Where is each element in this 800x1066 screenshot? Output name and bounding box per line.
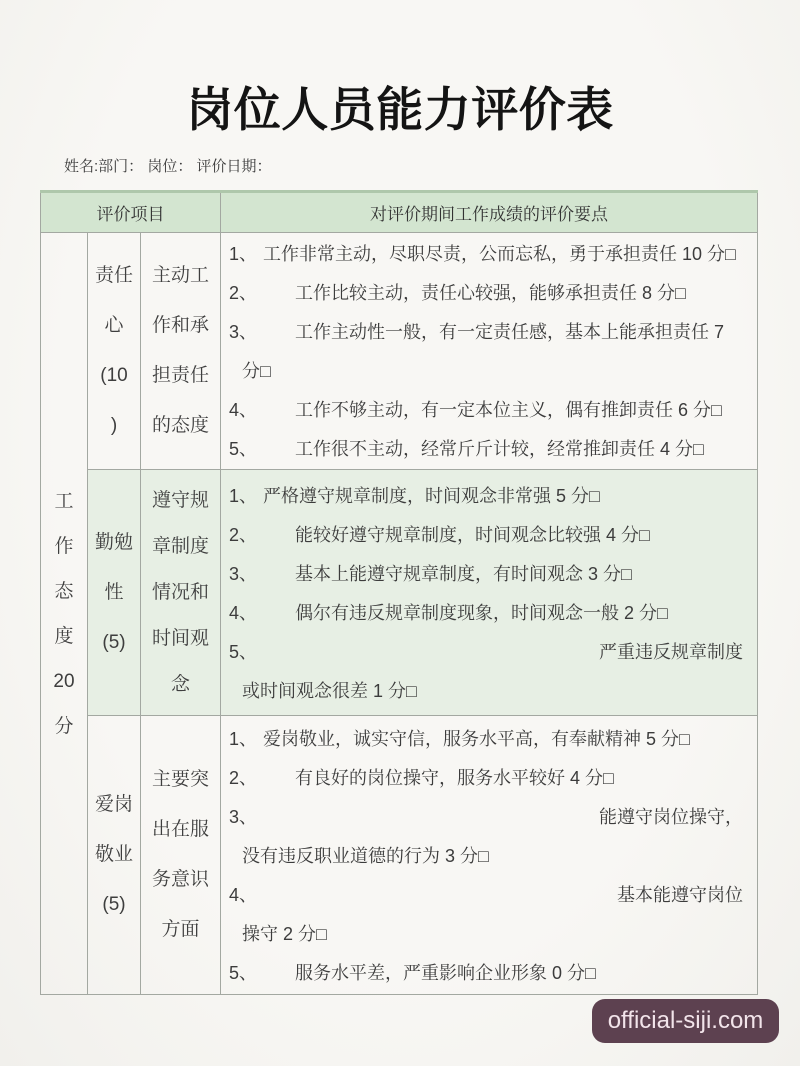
document-page: 岗位人员能力评价表 姓名:部门： 岗位： 评价日期： 评价项目 对评价期间工作成… bbox=[0, 0, 800, 1066]
item-name-label: 责任 心 (10 ) bbox=[88, 251, 140, 451]
criteria-text: 严格遵守规章制度，时间观念非常强 5 分□ bbox=[263, 477, 600, 516]
criteria-number: 3、 bbox=[229, 555, 295, 594]
criteria-line: 操守 2 分□ bbox=[229, 915, 757, 954]
table-header-row: 评价项目 对评价期间工作成绩的评价要点 bbox=[41, 192, 758, 233]
category-char: 作 bbox=[41, 524, 87, 569]
table-row-diligence: 勤勉 性 (5) 遵守规 章制度 情况和 时间观 念 1、严格遵守规章制度，时间… bbox=[41, 470, 758, 716]
criteria-line: 分□ bbox=[229, 352, 757, 391]
criteria-text: 严重违反规章制度 bbox=[599, 633, 743, 672]
criteria-line: 2、有良好的岗位操守，服务水平较好 4 分□ bbox=[229, 759, 757, 798]
criteria-cell-responsibility: 1、工作非常主动，尽职尽责，公而忘私，勇于承担责任 10 分□ 2、工作比较主动… bbox=[221, 233, 758, 470]
criteria-number: 2、 bbox=[229, 516, 295, 555]
criteria-line: 1、工作非常主动，尽职尽责，公而忘私，勇于承担责任 10 分□ bbox=[229, 235, 757, 274]
item-desc-line: 主要突 bbox=[141, 755, 220, 805]
criteria-text: 服务水平差，严重影响企业形象 0 分□ bbox=[295, 954, 596, 993]
criteria-text: 工作非常主动，尽职尽责，公而忘私，勇于承担责任 10 分□ bbox=[263, 235, 736, 274]
criteria-number: 1、 bbox=[229, 235, 263, 274]
criteria-line: 5、工作很不主动，经常斤斤计较，经常推卸责任 4 分□ bbox=[229, 430, 757, 469]
category-char: 20 bbox=[41, 659, 87, 704]
item-desc-label: 遵守规 章制度 情况和 时间观 念 bbox=[141, 478, 220, 708]
criteria-number: 5、 bbox=[229, 430, 295, 469]
criteria-text: 有良好的岗位操守，服务水平较好 4 分□ bbox=[295, 759, 614, 798]
criteria-text: 基本上能遵守规章制度，有时间观念 3 分□ bbox=[295, 555, 632, 594]
item-name-line: 爱岗 bbox=[88, 780, 140, 830]
item-name-label: 勤勉 性 (5) bbox=[88, 518, 140, 668]
criteria-text: 工作很不主动，经常斤斤计较，经常推卸责任 4 分□ bbox=[295, 430, 704, 469]
item-desc-line: 时间观 bbox=[141, 616, 220, 662]
criteria-line: 5、严重违反规章制度 bbox=[229, 633, 757, 672]
item-desc-line: 遵守规 bbox=[141, 478, 220, 524]
criteria-line: 1、爱岗敬业，诚实守信，服务水平高，有奉献精神 5 分□ bbox=[229, 720, 757, 759]
item-desc-cell-responsibility: 主动工 作和承 担责任 的态度 bbox=[141, 233, 221, 470]
criteria-number: 4、 bbox=[229, 876, 257, 915]
item-name-line: 勤勉 bbox=[88, 518, 140, 568]
item-name-line: ) bbox=[88, 401, 140, 451]
criteria-cell-dedication: 1、爱岗敬业，诚实守信，服务水平高，有奉献精神 5 分□ 2、有良好的岗位操守，… bbox=[221, 716, 758, 995]
category-cell-work-attitude: 工 作 态 度 20 分 bbox=[41, 233, 88, 995]
evaluation-table: 评价项目 对评价期间工作成绩的评价要点 工 作 态 度 20 分 责任 心 (1 bbox=[40, 190, 758, 995]
criteria-line: 3、能遵守岗位操守， bbox=[229, 798, 757, 837]
item-name-cell-diligence: 勤勉 性 (5) bbox=[88, 470, 141, 716]
criteria-text: 工作主动性一般，有一定责任感，基本上能承担责任 7 bbox=[295, 313, 724, 352]
category-char: 分 bbox=[41, 704, 87, 749]
criteria-number: 2、 bbox=[229, 759, 295, 798]
info-line: 姓名:部门： 岗位： 评价日期： bbox=[64, 157, 272, 177]
item-name-line: (10 bbox=[88, 351, 140, 401]
category-char: 态 bbox=[41, 569, 87, 614]
criteria-text: 工作不够主动，有一定本位主义，偶有推卸责任 6 分□ bbox=[295, 391, 722, 430]
criteria-number: 1、 bbox=[229, 720, 263, 759]
criteria-number: 4、 bbox=[229, 594, 295, 633]
criteria-text: 能遵守岗位操守， bbox=[599, 798, 743, 837]
category-label: 工 作 态 度 20 分 bbox=[41, 479, 87, 749]
criteria-number: 1、 bbox=[229, 477, 263, 516]
item-desc-line: 念 bbox=[141, 662, 220, 708]
item-name-line: (5) bbox=[88, 880, 140, 930]
header-cell-criteria: 对评价期间工作成绩的评价要点 bbox=[221, 192, 758, 233]
criteria-number: 2、 bbox=[229, 274, 295, 313]
item-name-label: 爱岗 敬业 (5) bbox=[88, 780, 140, 930]
header-cell-projects: 评价项目 bbox=[41, 192, 221, 233]
table-row-responsibility: 工 作 态 度 20 分 责任 心 (10 ) 主动工 bbox=[41, 233, 758, 470]
category-char: 工 bbox=[41, 479, 87, 524]
criteria-cell-diligence: 1、严格遵守规章制度，时间观念非常强 5 分□ 2、能较好遵守规章制度，时间观念… bbox=[221, 470, 758, 716]
criteria-line: 2、能较好遵守规章制度，时间观念比较强 4 分□ bbox=[229, 516, 757, 555]
criteria-line: 1、严格遵守规章制度，时间观念非常强 5 分□ bbox=[229, 477, 757, 516]
criteria-line: 4、工作不够主动，有一定本位主义，偶有推卸责任 6 分□ bbox=[229, 391, 757, 430]
criteria-line: 4、偶尔有违反规章制度现象，时间观念一般 2 分□ bbox=[229, 594, 757, 633]
criteria-text: 没有违反职业道德的行为 3 分□ bbox=[242, 837, 489, 876]
criteria-text: 分□ bbox=[242, 352, 271, 391]
item-desc-line: 主动工 bbox=[141, 251, 220, 301]
criteria-text: 基本能遵守岗位 bbox=[617, 876, 743, 915]
item-desc-label: 主要突 出在服 务意识 方面 bbox=[141, 755, 220, 955]
item-desc-line: 方面 bbox=[141, 905, 220, 955]
criteria-number: 5、 bbox=[229, 954, 295, 993]
criteria-text: 工作比较主动，责任心较强，能够承担责任 8 分□ bbox=[295, 274, 686, 313]
watermark-badge: official-siji.com bbox=[592, 999, 779, 1043]
item-desc-cell-diligence: 遵守规 章制度 情况和 时间观 念 bbox=[141, 470, 221, 716]
criteria-line: 2、工作比较主动，责任心较强，能够承担责任 8 分□ bbox=[229, 274, 757, 313]
item-name-cell-dedication: 爱岗 敬业 (5) bbox=[88, 716, 141, 995]
item-desc-line: 情况和 bbox=[141, 570, 220, 616]
item-desc-label: 主动工 作和承 担责任 的态度 bbox=[141, 251, 220, 451]
page-title: 岗位人员能力评价表 bbox=[0, 84, 800, 136]
item-desc-line: 出在服 bbox=[141, 805, 220, 855]
criteria-line: 3、工作主动性一般，有一定责任感，基本上能承担责任 7 bbox=[229, 313, 757, 352]
criteria-text: 能较好遵守规章制度，时间观念比较强 4 分□ bbox=[295, 516, 650, 555]
item-name-line: 责任 bbox=[88, 251, 140, 301]
criteria-line: 3、基本上能遵守规章制度，有时间观念 3 分□ bbox=[229, 555, 757, 594]
item-desc-line: 作和承 bbox=[141, 301, 220, 351]
criteria-text: 爱岗敬业，诚实守信，服务水平高，有奉献精神 5 分□ bbox=[263, 720, 690, 759]
criteria-line: 或时间观念很差 1 分□ bbox=[229, 672, 757, 711]
item-name-line: 性 bbox=[88, 568, 140, 618]
criteria-number: 5、 bbox=[229, 633, 257, 672]
criteria-line: 没有违反职业道德的行为 3 分□ bbox=[229, 837, 757, 876]
criteria-line: 5、服务水平差，严重影响企业形象 0 分□ bbox=[229, 954, 757, 993]
category-char: 度 bbox=[41, 614, 87, 659]
item-name-line: 心 bbox=[88, 301, 140, 351]
item-name-line: (5) bbox=[88, 618, 140, 668]
table-row-dedication: 爱岗 敬业 (5) 主要突 出在服 务意识 方面 1、爱岗敬业，诚实守信，服务水… bbox=[41, 716, 758, 995]
item-name-line: 敬业 bbox=[88, 830, 140, 880]
criteria-text: 偶尔有违反规章制度现象，时间观念一般 2 分□ bbox=[295, 594, 668, 633]
item-desc-line: 担责任 bbox=[141, 351, 220, 401]
criteria-line: 4、基本能遵守岗位 bbox=[229, 876, 757, 915]
criteria-text: 或时间观念很差 1 分□ bbox=[242, 672, 417, 711]
item-desc-line: 的态度 bbox=[141, 401, 220, 451]
criteria-number: 3、 bbox=[229, 798, 257, 837]
criteria-number: 3、 bbox=[229, 313, 295, 352]
item-name-cell-responsibility: 责任 心 (10 ) bbox=[88, 233, 141, 470]
criteria-number: 4、 bbox=[229, 391, 295, 430]
item-desc-cell-dedication: 主要突 出在服 务意识 方面 bbox=[141, 716, 221, 995]
criteria-text: 操守 2 分□ bbox=[242, 915, 327, 954]
item-desc-line: 务意识 bbox=[141, 855, 220, 905]
item-desc-line: 章制度 bbox=[141, 524, 220, 570]
